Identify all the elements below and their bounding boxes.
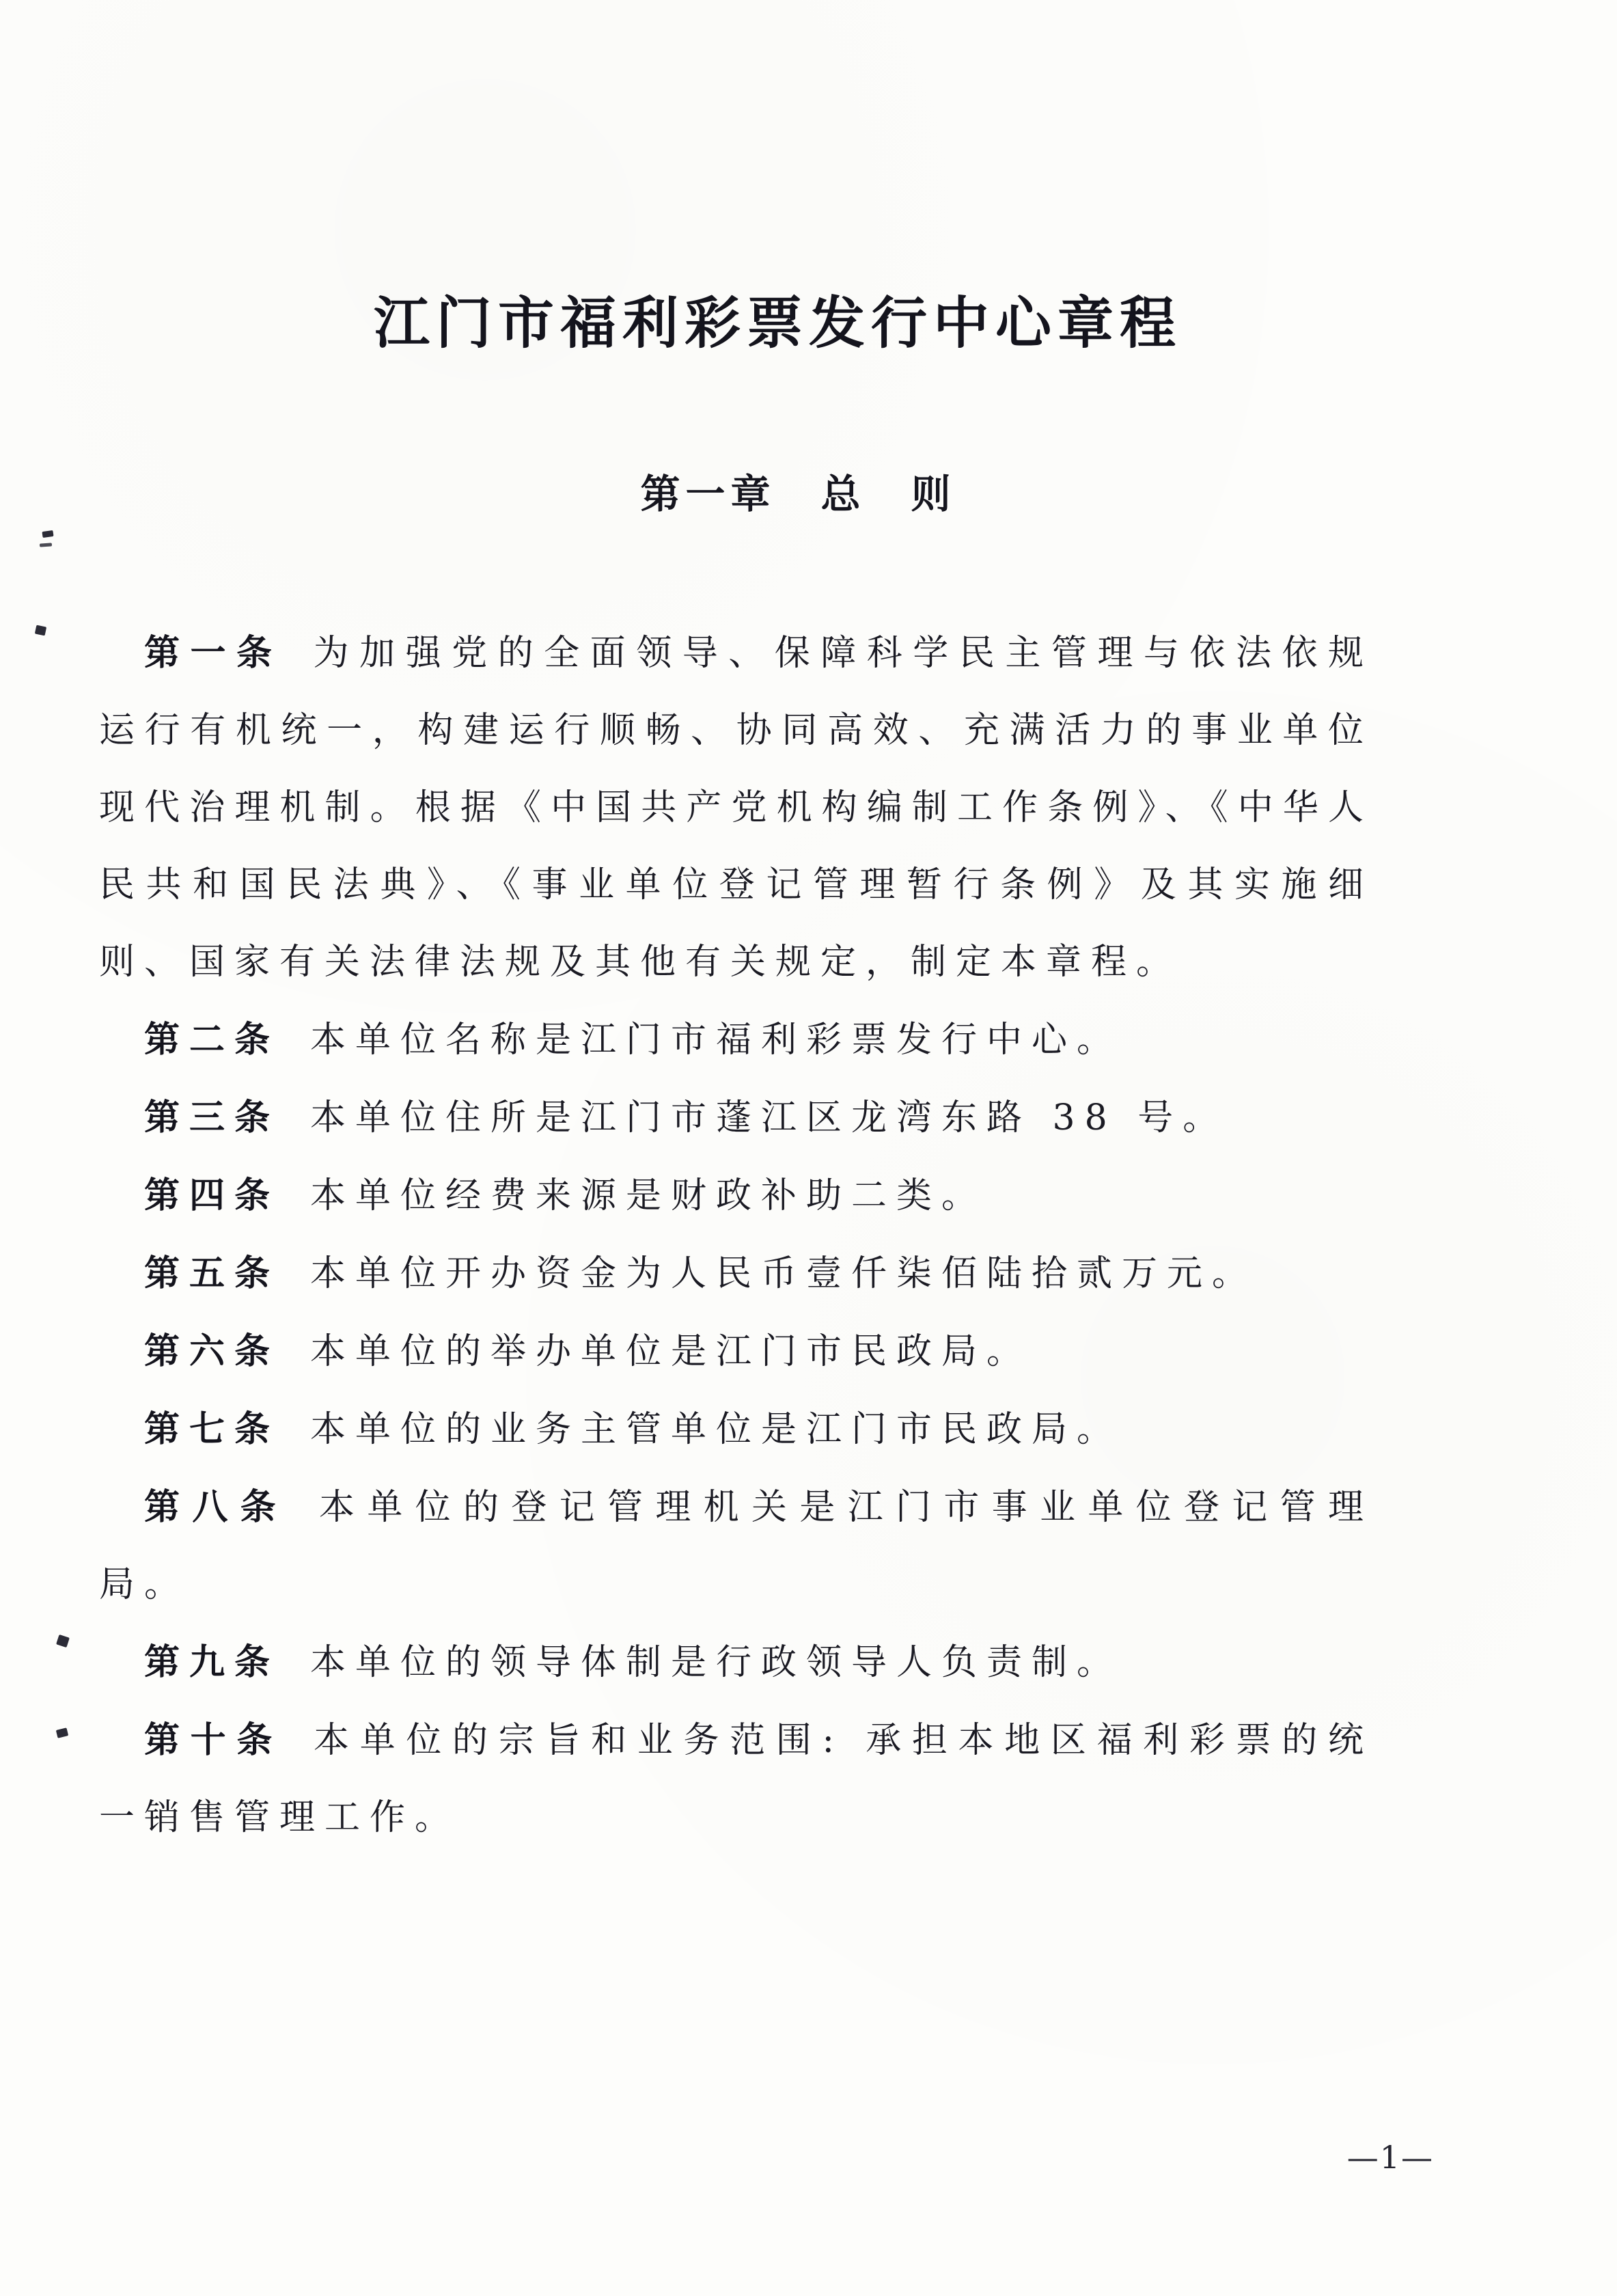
article-paragraph: 第十条本单位的宗旨和业务范围: 承担本地区福利彩票的统一销售管理工作。 bbox=[99, 1701, 1373, 1857]
article-text: 本单位开办资金为人民币壹仟柒佰陆拾贰万元。 bbox=[310, 1253, 1257, 1294]
scan-speck bbox=[35, 625, 46, 636]
article-paragraph: 第一条为加强党的全面领导、保障科学民主管理与依法依规运行有机统一，构建运行顺畅、… bbox=[99, 614, 1373, 1001]
article-number-label: 第一条 bbox=[144, 632, 283, 674]
article-text: 本单位的登记管理机关是江门市事业单位登记管理局。 bbox=[99, 1487, 1373, 1605]
article-paragraph: 第六条本单位的举办单位是江门市民政局。 bbox=[99, 1313, 1373, 1391]
article-text: 本单位的业务主管单位是江门市民政局。 bbox=[310, 1409, 1122, 1450]
document-body: 第一条为加强党的全面领导、保障科学民主管理与依法依规运行有机统一，构建运行顺畅、… bbox=[99, 614, 1373, 1857]
article-paragraph: 第三条本单位住所是江门市蓬江区龙湾东路 38 号。 bbox=[99, 1079, 1373, 1157]
article-text: 本单位名称是江门市福利彩票发行中心。 bbox=[310, 1020, 1122, 1061]
page-title: 江门市福利彩票发行中心章程 bbox=[0, 292, 1556, 354]
article-number-label: 第四条 bbox=[144, 1175, 279, 1216]
article-number-label: 第三条 bbox=[144, 1097, 279, 1138]
article-paragraph: 第二条本单位名称是江门市福利彩票发行中心。 bbox=[99, 1001, 1373, 1079]
article-number-label: 第十条 bbox=[144, 1719, 283, 1761]
article-text: 本单位的宗旨和业务范围: 承担本地区福利彩票的统一销售管理工作。 bbox=[99, 1720, 1373, 1838]
article-paragraph: 第五条本单位开办资金为人民币壹仟柒佰陆拾贰万元。 bbox=[99, 1235, 1373, 1313]
scan-speck bbox=[56, 1635, 70, 1648]
article-text: 本单位的领导体制是行政领导人负责制。 bbox=[310, 1642, 1122, 1683]
article-paragraph: 第九条本单位的领导体制是行政领导人负责制。 bbox=[99, 1624, 1373, 1701]
document-page: 江门市福利彩票发行中心章程 第一章 总 则 第一条为加强党的全面领导、保障科学民… bbox=[0, 0, 1617, 2296]
article-number-label: 第二条 bbox=[144, 1019, 279, 1061]
article-text: 为加强党的全面领导、保障科学民主管理与依法依规运行有机统一，构建运行顺畅、协同高… bbox=[99, 633, 1373, 983]
article-number-label: 第八条 bbox=[144, 1486, 288, 1528]
scan-speck bbox=[40, 543, 52, 547]
scan-speck bbox=[42, 530, 53, 538]
article-text: 本单位住所是江门市蓬江区龙湾东路 38 号。 bbox=[310, 1097, 1228, 1138]
article-text: 本单位的举办单位是江门市民政局。 bbox=[310, 1331, 1032, 1372]
article-paragraph: 第八条本单位的登记管理机关是江门市事业单位登记管理局。 bbox=[99, 1468, 1373, 1624]
article-number-label: 第七条 bbox=[144, 1408, 279, 1450]
article-number-label: 第六条 bbox=[144, 1330, 279, 1372]
chapter-heading: 第一章 总 则 bbox=[0, 473, 1597, 517]
article-number-label: 第九条 bbox=[144, 1641, 279, 1683]
scan-speck bbox=[56, 1727, 68, 1738]
article-paragraph: 第四条本单位经费来源是财政补助二类。 bbox=[99, 1157, 1373, 1235]
page-number: —1— bbox=[1347, 2139, 1434, 2176]
article-paragraph: 第七条本单位的业务主管单位是江门市民政局。 bbox=[99, 1391, 1373, 1468]
article-number-label: 第五条 bbox=[144, 1253, 279, 1294]
article-text: 本单位经费来源是财政补助二类。 bbox=[310, 1175, 986, 1216]
